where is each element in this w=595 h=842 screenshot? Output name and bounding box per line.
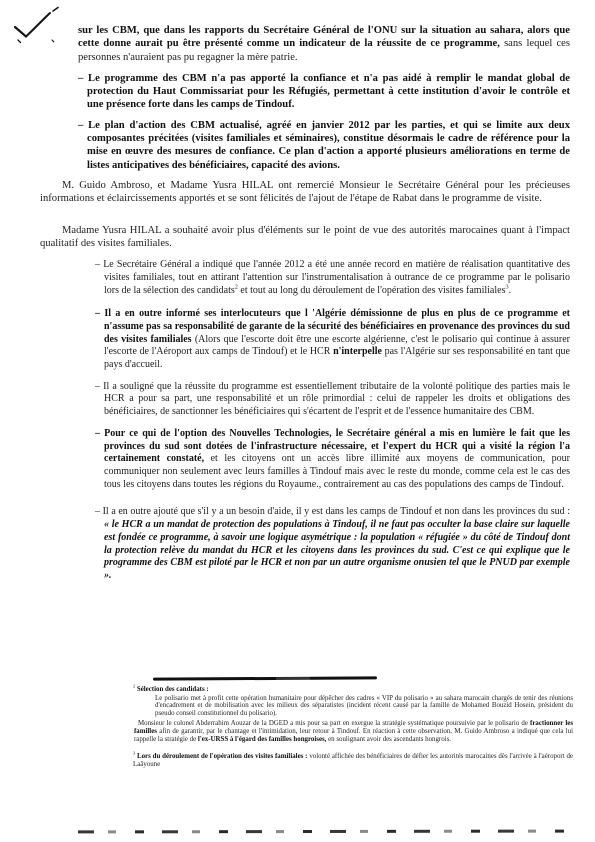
handwritten-checkmark-icon: [5, 5, 71, 63]
paragraph-continuation: sur les CBM, que dans les rapports du Se…: [78, 24, 570, 64]
document-page: sur les CBM, que dans les rapports du Se…: [0, 0, 595, 842]
scan-artifact-line: [78, 830, 570, 833]
paragraph-question-hilal: Madame Yusra HILAL a souhaité avoir plus…: [40, 224, 570, 251]
subbullet-algerie-demission: – Il a en outre informé ses interlocuteu…: [95, 308, 570, 372]
footnotes-section: 2 Sélection des candidats : Le polisario…: [0, 686, 595, 768]
subbullet-annee-record: – Le Secrétaire Général a indiqué que l'…: [95, 259, 570, 297]
footnote-2-paragraph-2: Monsieur le colonel Abderrahim Aouzar de…: [134, 720, 573, 743]
subbullet-nouvelles-technologies: – Pour ce qui de l'option des Nouvelles …: [95, 428, 570, 492]
footnote-3: 3 Lors du déroulement de l'opération des…: [133, 753, 573, 768]
subbullet-reussite-programme: – Il a souligné que la réussite du progr…: [95, 381, 570, 419]
footnote-2-title: 2 Sélection des candidats :: [133, 686, 573, 694]
bullet-plan-action: – Le plan d'action des CBM actualisé, ag…: [78, 119, 570, 172]
footnote-separator: [153, 676, 377, 680]
paragraph-remerciements: M. Guido Ambroso, et Madame Yusra HILAL …: [40, 179, 570, 206]
footnote-2-paragraph-1: Le polisario met à profit cette opératio…: [155, 695, 573, 718]
subbullet-mandat-hcr-quote: – Il a en outre ajouté que s'il y a un b…: [95, 506, 570, 582]
bullet-cbm-confiance: – Le programme des CBM n'a pas apporté l…: [78, 72, 570, 112]
